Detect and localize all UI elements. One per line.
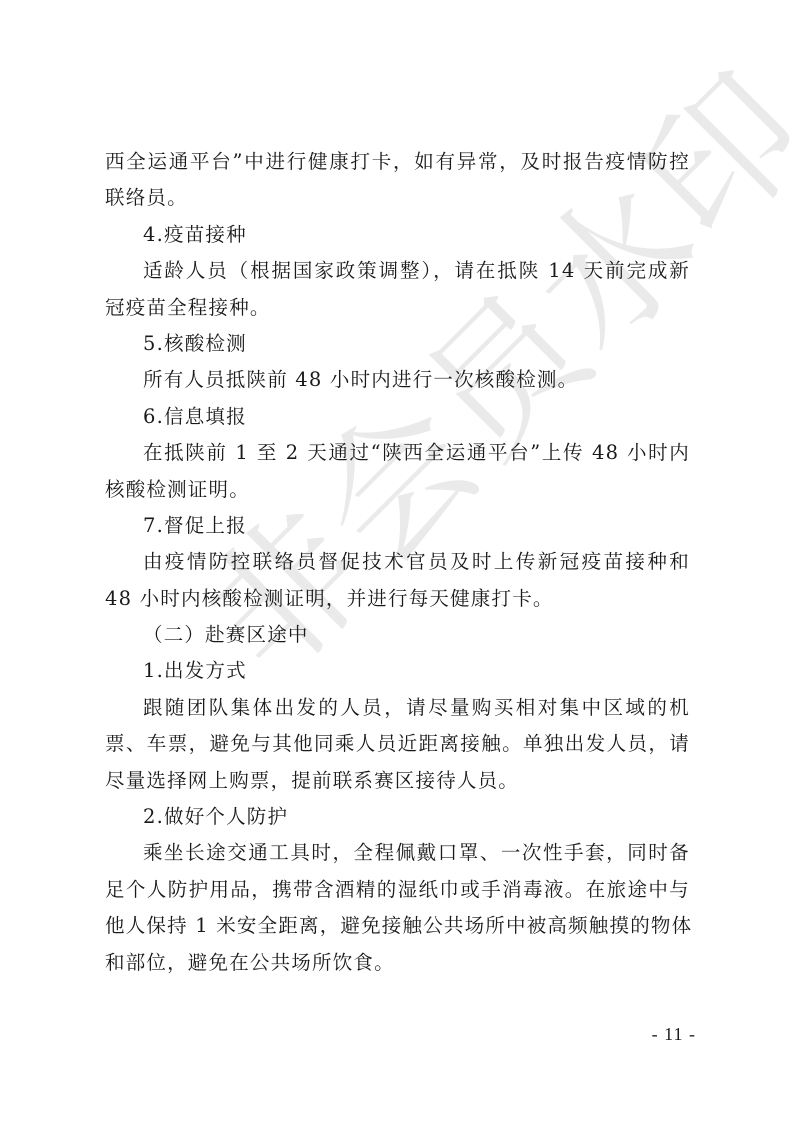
body-line: 西全运通平台”中进行健康打卡，如有异常，及时报告疫情防控	[105, 144, 690, 180]
document-page: 非会员水印 西全运通平台”中进行健康打卡，如有异常，及时报告疫情防控 联络员。 …	[0, 0, 793, 1122]
section-heading: 6.信息填报	[105, 399, 690, 435]
body-line: 48 小时内核酸检测证明，并进行每天健康打卡。	[105, 581, 690, 617]
body-line: 跟随团队集体出发的人员，请尽量购买相对集中区域的机	[105, 690, 690, 726]
page-number: - 11 -	[636, 1024, 696, 1045]
body-line: 由疫情防控联络员督促技术官员及时上传新冠疫苗接种和	[105, 544, 690, 580]
body-line: 票、车票，避免与其他同乘人员近距离接触。单独出发人员，请	[105, 726, 690, 762]
body-line: 联络员。	[105, 180, 690, 216]
body-line: 冠疫苗全程接种。	[105, 290, 690, 326]
document-body: 西全运通平台”中进行健康打卡，如有异常，及时报告疫情防控 联络员。 4.疫苗接种…	[105, 144, 690, 981]
section-heading: 1.出发方式	[105, 653, 690, 689]
body-line: 在抵陕前 1 至 2 天通过“陕西全运通平台”上传 48 小时内	[105, 435, 690, 471]
body-line: 和部位，避免在公共场所饮食。	[105, 945, 690, 981]
body-line: 乘坐长途交通工具时，全程佩戴口罩、一次性手套，同时备	[105, 835, 690, 871]
body-line: 核酸检测证明。	[105, 472, 690, 508]
body-line: 尽量选择网上购票，提前联系赛区接待人员。	[105, 763, 690, 799]
section-heading: 4.疫苗接种	[105, 217, 690, 253]
chapter-heading: （二）赴赛区途中	[105, 617, 690, 653]
body-line: 适龄人员（根据国家政策调整），请在抵陕 14 天前完成新	[105, 253, 690, 289]
body-line: 他人保持 1 米安全距离，避免接触公共场所中被高频触摸的物体	[105, 908, 690, 944]
section-heading: 5.核酸检测	[105, 326, 690, 362]
body-line: 足个人防护用品，携带含酒精的湿纸巾或手消毒液。在旅途中与	[105, 872, 690, 908]
section-heading: 2.做好个人防护	[105, 799, 690, 835]
body-line: 所有人员抵陕前 48 小时内进行一次核酸检测。	[105, 362, 690, 398]
section-heading: 7.督促上报	[105, 508, 690, 544]
